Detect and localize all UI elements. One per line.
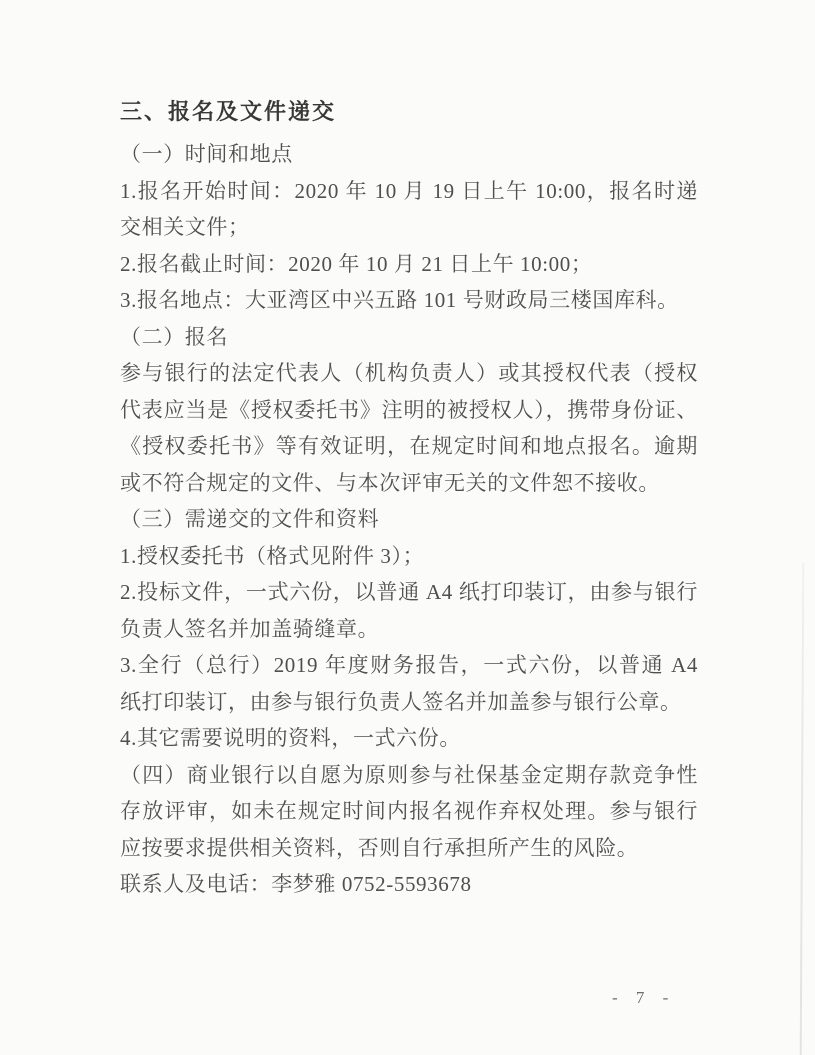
subheading-required-documents: （三）需递交的文件和资料 bbox=[120, 501, 698, 538]
contact-person-and-phone: 联系人及电话：李梦雅 0752-5593678 bbox=[120, 866, 698, 903]
subheading-time-and-place: （一）时间和地点 bbox=[120, 136, 698, 173]
subheading-registration: （二）报名 bbox=[120, 319, 698, 356]
section-heading: 三、报名及文件递交 bbox=[120, 94, 698, 130]
item-registration-deadline: 2.报名截止时间：2020 年 10 月 21 日上午 10:00； bbox=[120, 246, 698, 283]
item-bid-documents: 2.投标文件，一式六份，以普通 A4 纸打印装订，由参与银行负责人签名并加盖骑缝… bbox=[120, 574, 698, 647]
document-body: 三、报名及文件递交 （一）时间和地点 1.报名开始时间：2020 年 10 月 … bbox=[120, 94, 698, 903]
item-authorization-letter: 1.授权委托书（格式见附件 3）； bbox=[120, 538, 698, 575]
paragraph-voluntary-participation: （四）商业银行以自愿为原则参与社保基金定期存款竞争性存放评审，如未在规定时间内报… bbox=[120, 757, 698, 867]
item-registration-location: 3.报名地点：大亚湾区中兴五路 101 号财政局三楼国库科。 bbox=[120, 282, 698, 319]
item-other-materials: 4.其它需要说明的资料，一式六份。 bbox=[120, 720, 698, 757]
paragraph-registration-rules: 参与银行的法定代表人（机构负责人）或其授权代表（授权代表应当是《授权委托书》注明… bbox=[120, 355, 698, 501]
scanned-document-page: 三、报名及文件递交 （一）时间和地点 1.报名开始时间：2020 年 10 月 … bbox=[0, 0, 815, 1055]
page-number: - 7 - bbox=[612, 988, 675, 1008]
item-financial-report: 3.全行（总行）2019 年度财务报告，一式六份，以普通 A4 纸打印装订，由参… bbox=[120, 647, 698, 720]
scan-artifact-line bbox=[800, 563, 805, 1055]
item-registration-start-time: 1.报名开始时间：2020 年 10 月 19 日上午 10:00，报名时递交相… bbox=[120, 173, 698, 246]
